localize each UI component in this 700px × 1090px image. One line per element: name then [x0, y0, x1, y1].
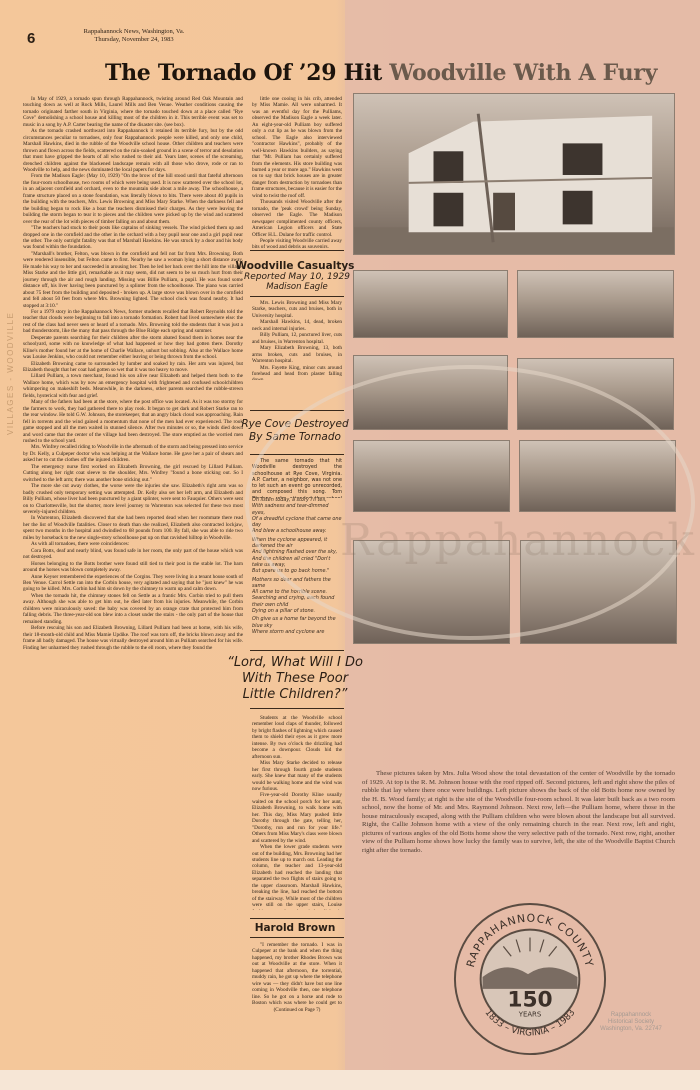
photo-johnson-house — [353, 93, 675, 255]
lord-title-line-2: With These Poor — [220, 671, 370, 687]
lord-heading: “Lord, What Will I Do With These Poor Li… — [220, 655, 370, 703]
divider — [250, 650, 344, 651]
page-number: 6 — [27, 30, 35, 47]
story-continuation-column: little one cooing in his crib, attended … — [252, 96, 342, 248]
casualty-item: Marshall Hawkins, 14, dead, broken neck … — [252, 319, 342, 332]
divider — [250, 250, 344, 251]
story-paragraph: Before rescuing his son and Elizabeth Br… — [23, 625, 243, 651]
story-paragraph: Lillard Pulliam, a town merchant, found … — [23, 373, 243, 399]
story-paragraph: Miss Mary Starke decided to release her … — [252, 760, 342, 792]
harold-brown-title: Harold Brown — [220, 922, 370, 934]
seal-number: 150 — [507, 988, 552, 1013]
story-paragraph: "The teachers had stuck to their posts l… — [23, 225, 243, 251]
song-stanza: Oh listen today, a story I'll tell, With… — [252, 497, 342, 535]
story-paragraph: "Marshall's brother, Felton, was blown i… — [23, 251, 243, 309]
masthead: Rappahannock News, Washington, Va. Thurs… — [74, 28, 194, 43]
issue-date: Thursday, November 24, 1983 — [74, 36, 194, 44]
story-paragraph: little one cooing in his crib, attended … — [252, 96, 342, 199]
photo-caption: These pictures taken by Mrs. Julia Wood … — [362, 770, 675, 855]
lord-title-line-3: Little Children?” — [220, 687, 370, 703]
story-paragraph: Horses belonging to the Botts brother we… — [23, 561, 243, 574]
photo-botts-home-back — [353, 355, 508, 430]
story-paragraph: Elizabeth Browning came to surrounded by… — [23, 361, 243, 374]
song-stanza: Mothers so dear and fathers the same All… — [252, 577, 342, 615]
story-paragraph: Many of the fathers had been at the stor… — [23, 399, 243, 444]
casualties-box-heading: Woodville Casualtys Reported May 10, 192… — [250, 260, 344, 292]
headline-part-2: Woodville With A Fury — [389, 60, 657, 86]
story-paragraph: Desperate parents searching for their ch… — [23, 335, 243, 361]
divider — [250, 708, 344, 709]
photo-school-site — [517, 358, 674, 430]
story-paragraph: "I remember the tornado. I was in Culpep… — [252, 942, 342, 1007]
song-stanza: Oh give us a home far beyond the blue sk… — [252, 616, 342, 635]
casualties-title: Woodville Casualtys — [220, 260, 370, 272]
page-headline: The Tornado Of ’29 Hit Woodville With A … — [105, 60, 657, 86]
rye-cove-title-line-2: By Same Tornado — [220, 431, 370, 444]
story-paragraph: Thousands visited Woodville after the to… — [252, 199, 342, 238]
story-paragraph: Cora Botts, deaf and nearly blind, was f… — [23, 548, 243, 561]
story-paragraph: The emergency nurse first worked on Eliz… — [23, 464, 243, 483]
rye-cove-title-line-1: Rye Cove Destroyed — [220, 418, 370, 431]
story-paragraph: Mrs. Winfrey recalled riding to Woodvill… — [23, 444, 243, 463]
story-paragraph: From the Madison Eagle: (May 10, 1929) "… — [23, 173, 243, 225]
rye-cove-song-lyrics: Oh listen today, a story I'll tell, With… — [252, 497, 342, 635]
watermark-text: Rappahannock — [340, 515, 696, 566]
photo-rubble-left — [353, 270, 508, 338]
paper-name: Rappahannock News, Washington, Va. — [74, 28, 194, 36]
harold-brown-story: "I remember the tornado. I was in Culpep… — [252, 942, 342, 1007]
casualties-date: Reported May 10, 1929 — [222, 272, 372, 282]
divider — [250, 410, 344, 411]
story-paragraph: In Warrenton, Elizabeth discovered that … — [23, 515, 243, 541]
divider — [250, 454, 344, 455]
casualties-source: Madison Eagle — [222, 282, 372, 292]
story-paragraph: Five-year-old Dorothy Kline usually wait… — [252, 792, 342, 844]
lord-story: Students at the Woodville school remembe… — [252, 715, 342, 910]
song-stanza: When the cyclone appeared, it darkened t… — [252, 537, 342, 575]
photo-pulliam-home — [353, 440, 510, 512]
story-paragraph: When the lower grade students were out o… — [252, 844, 342, 910]
story-paragraph: People visiting Woodville carried away b… — [252, 238, 342, 248]
lord-title-line-1: “Lord, What Will I Do — [220, 655, 370, 671]
rye-cove-intro: The same tornado that hit Woodville dest… — [252, 458, 342, 498]
section-side-label: VILLAGES - WOODVILLE — [6, 255, 20, 435]
divider — [250, 296, 344, 297]
casualty-item: Mary Elizabeth Browning, 13, both arms b… — [252, 345, 342, 364]
main-story-column: In May of 1929, a tornado spun through R… — [23, 96, 243, 1066]
county-150-years-seal: 150 YEARS RAPPAHANNOCK COUNTY 1833 – VIR… — [451, 900, 609, 1058]
page-torn-edge — [0, 1070, 700, 1090]
casualty-item: Mrs. Lewis Browning and Miss Mary Starke… — [252, 300, 342, 319]
story-paragraph: The more she cut away clothes, the worse… — [23, 483, 243, 515]
story-paragraph: As the tornado crashed northward into Ra… — [23, 128, 243, 173]
story-paragraph: Students at the Woodville school remembe… — [252, 715, 342, 760]
photo-callie-johnson-home — [519, 440, 676, 512]
story-paragraph: In May of 1929, a tornado spun through R… — [23, 96, 243, 128]
continued-notice: (Continued on Page 7) — [252, 1007, 342, 1013]
seal-years: YEARS — [518, 1011, 542, 1019]
archive-stamp: Rappahannock Historical Society Washingt… — [586, 1012, 676, 1033]
casualties-list: Mrs. Lewis Browning and Miss Mary Starke… — [252, 300, 342, 380]
story-paragraph: Anne Keyser remembered the experiences o… — [23, 574, 243, 593]
rye-cove-heading: Rye Cove Destroyed By Same Tornado — [220, 418, 370, 444]
caption-text: These pictures taken by Mrs. Julia Wood … — [362, 770, 675, 855]
story-paragraph: When the tornado hit, the chimney stones… — [23, 593, 243, 625]
casualty-item: Mrs. Fayette King, minor cuts around for… — [252, 365, 342, 380]
divider — [250, 918, 344, 919]
photo-rubble-right — [517, 270, 674, 338]
divider — [250, 937, 344, 938]
rye-cove-intro-text: The same tornado that hit Woodville dest… — [252, 458, 342, 498]
story-paragraph: For a 1979 story in the Rappahannock New… — [23, 309, 243, 335]
headline-part-1: The Tornado Of ’29 Hit — [105, 60, 389, 86]
casualty-item: Billy Pulliam, 12, punctured liver, cuts… — [252, 332, 342, 345]
